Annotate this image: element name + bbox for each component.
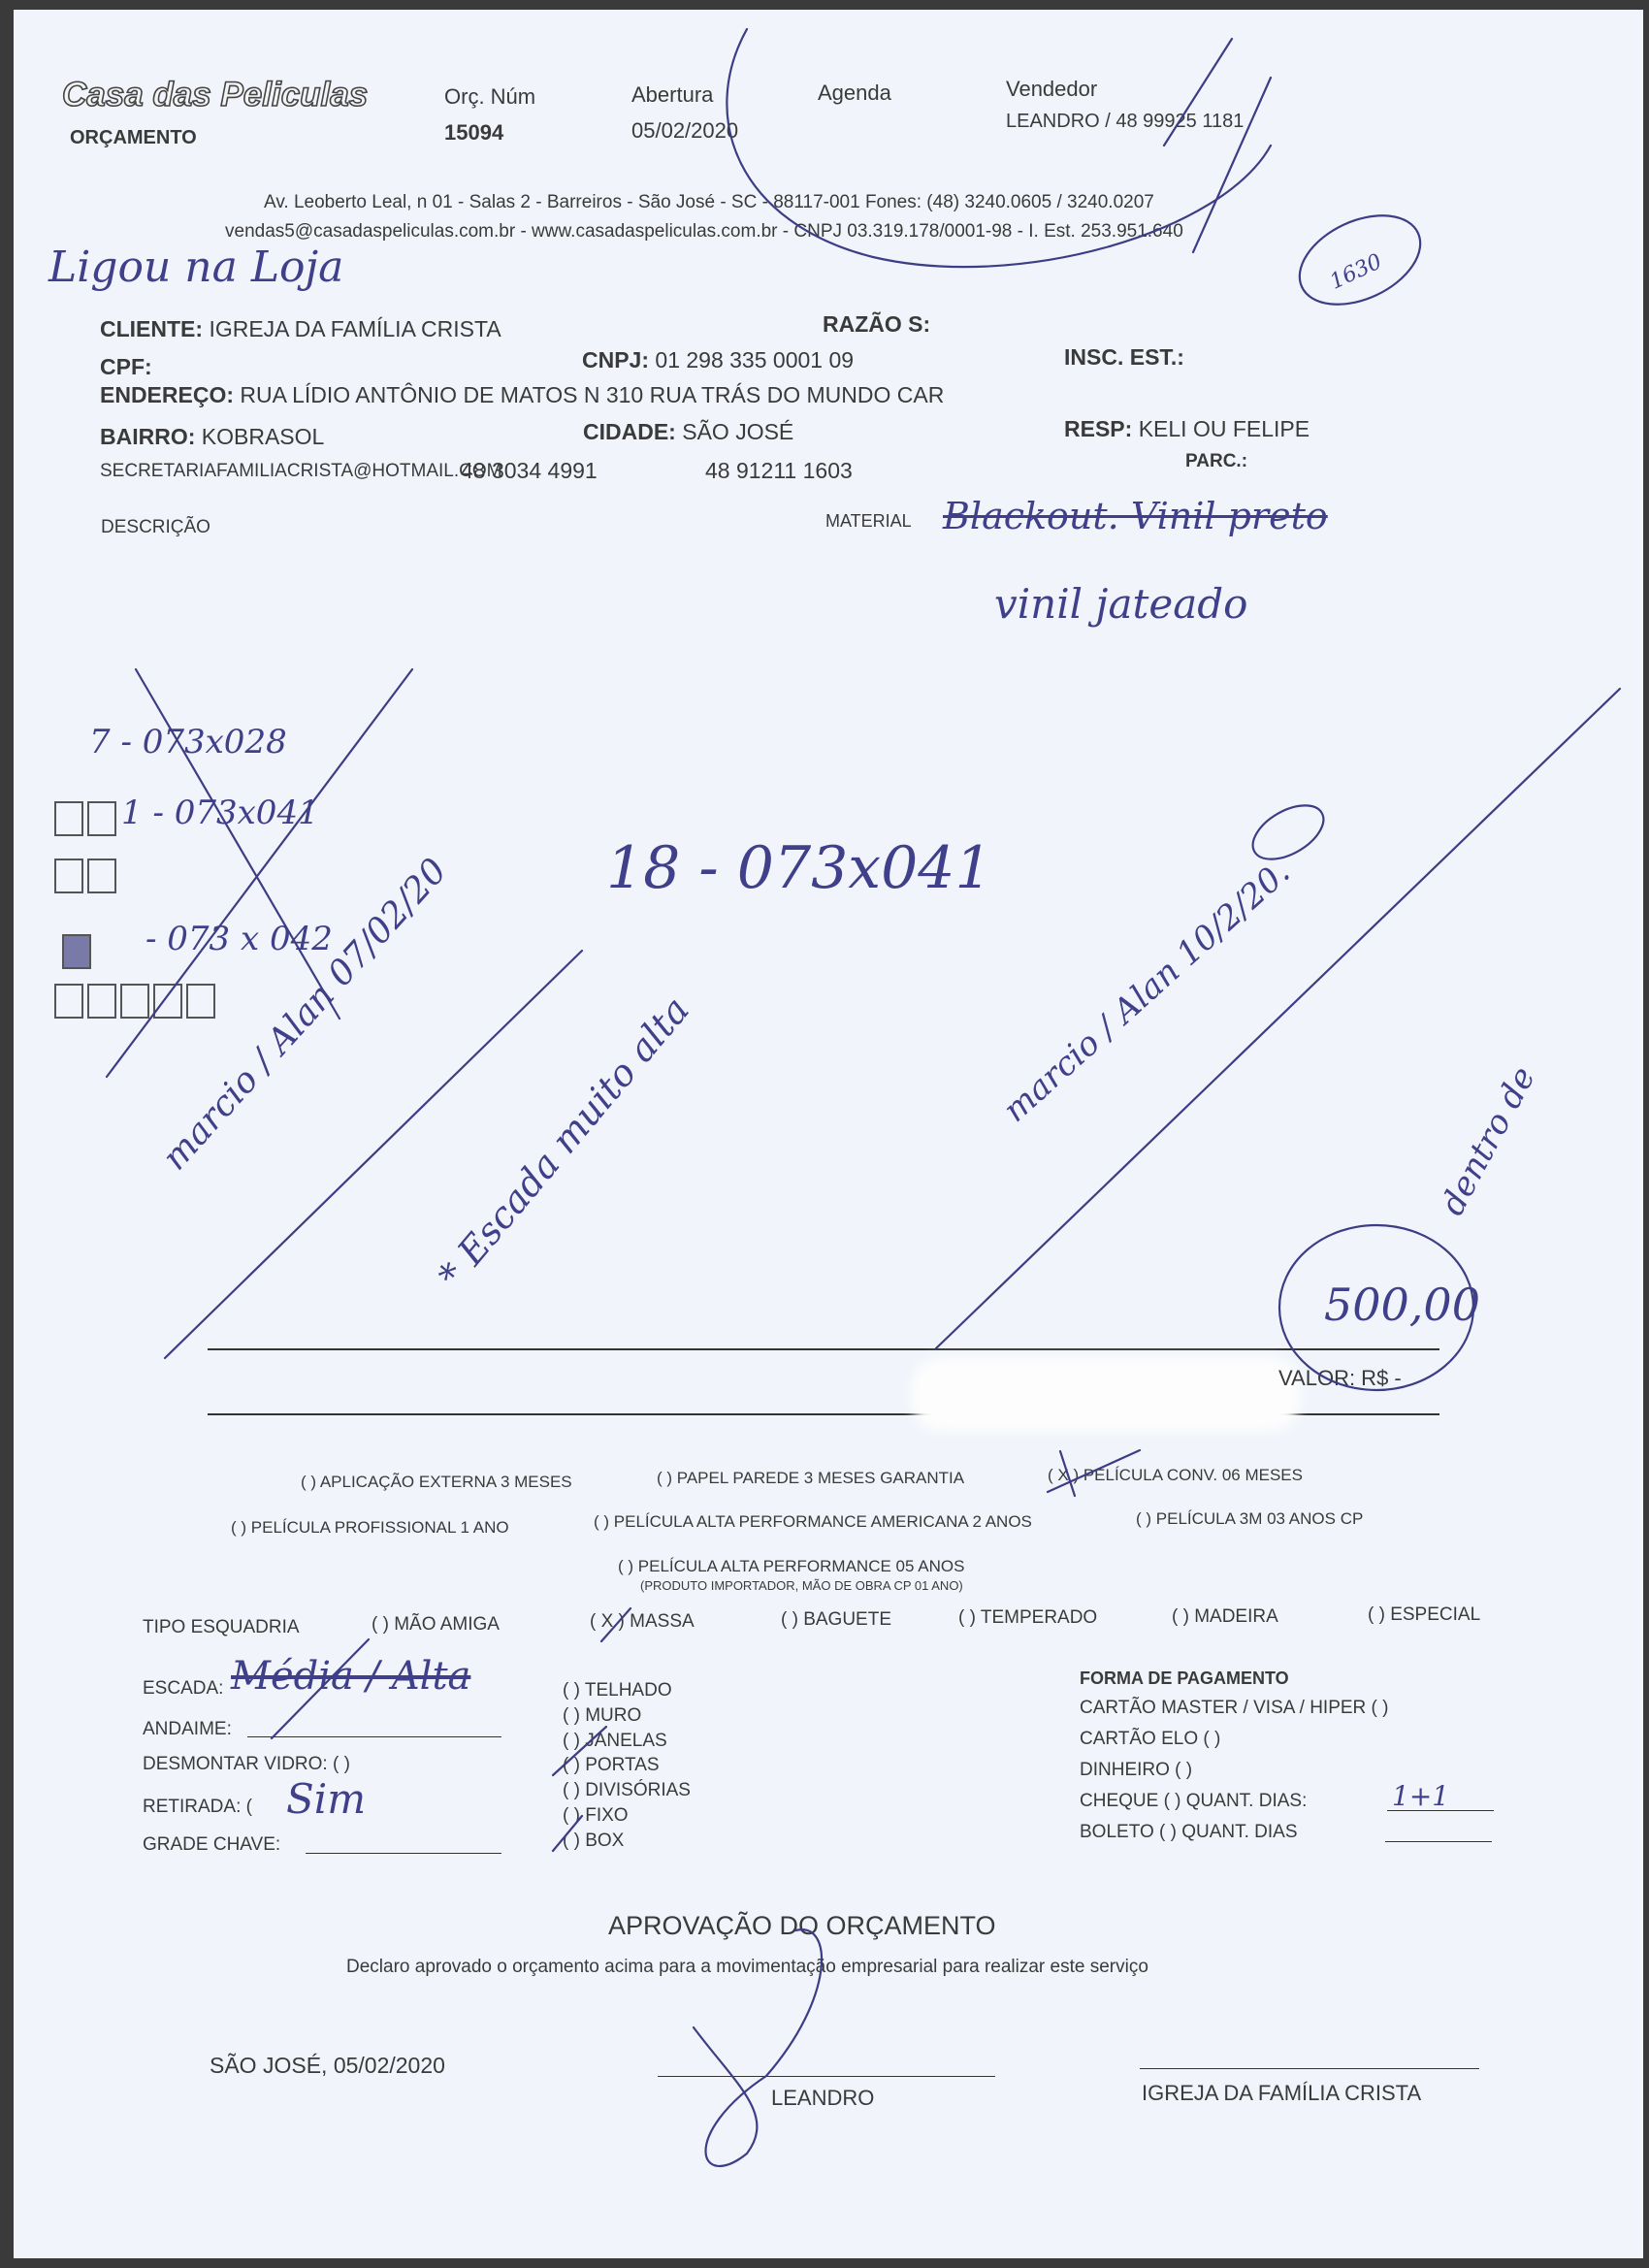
pagamento-title: FORMA DE PAGAMENTO — [1080, 1669, 1289, 1689]
esquadria-madeira[interactable]: ( ) MADEIRA — [1172, 1606, 1278, 1628]
option-pelicula-3m[interactable]: ( ) PELÍCULA 3M 03 ANOS CP — [1136, 1509, 1363, 1529]
option-aplicacao-externa[interactable]: ( ) APLICAÇÃO EXTERNA 3 MESES — [301, 1473, 572, 1492]
note-item-3: - 073 x 042 — [145, 920, 333, 958]
cheque-dias-line — [1387, 1810, 1494, 1811]
abertura-label: Abertura — [631, 82, 713, 108]
option-pelicula-alta-performance[interactable]: ( ) PELÍCULA ALTA PERFORMANCE 05 ANOS — [618, 1557, 964, 1576]
tally-boxes-4 — [54, 984, 219, 1019]
insc-est-label: INSC. EST.: — [1064, 344, 1184, 371]
bairro-field: BAIRRO: KOBRASOL — [100, 424, 324, 450]
grade-chave-line — [306, 1853, 501, 1854]
redacted-area — [912, 1358, 1300, 1431]
endereco-label: ENDEREÇO: — [100, 382, 234, 407]
local-portas[interactable]: ( ) PORTAS — [563, 1755, 660, 1776]
local-fixo[interactable]: ( ) FIXO — [563, 1805, 629, 1827]
grade-chave-label: GRADE CHAVE: — [143, 1834, 280, 1856]
andaime-label: ANDAIME: — [143, 1719, 232, 1740]
pagamento-cartao-master[interactable]: CARTÃO MASTER / VISA / HIPER ( ) — [1080, 1698, 1388, 1719]
escada-handwritten: Média / Alta — [231, 1654, 470, 1699]
pagamento-boleto[interactable]: BOLETO ( ) QUANT. DIAS — [1080, 1822, 1298, 1843]
vendedor-value: LEANDRO / 48 99925 1181 — [1006, 111, 1244, 133]
company-contact: vendas5@casadaspeliculas.com.br - www.ca… — [225, 221, 1183, 243]
client-signature-line[interactable] — [1140, 2068, 1479, 2069]
client-phone-2: 48 91211 1603 — [705, 458, 853, 484]
tally-boxes-1 — [54, 801, 120, 836]
resp-label: RESP: — [1064, 416, 1132, 441]
client-signature-name: IGREJA DA FAMÍLIA CRISTA — [1142, 2081, 1421, 2106]
esquadria-temperado[interactable]: ( ) TEMPERADO — [958, 1607, 1097, 1629]
note-main-item: 18 - 073x041 — [606, 834, 992, 902]
andaime-line — [247, 1736, 501, 1737]
retirada-field[interactable]: RETIRADA: ( — [143, 1797, 252, 1818]
bairro-value: KOBRASOL — [202, 424, 325, 449]
option-pelicula-profissional[interactable]: ( ) PELÍCULA PROFISSIONAL 1 ANO — [231, 1518, 509, 1538]
company-logo: Casa das Peliculas — [62, 76, 368, 114]
note-ligou-na-loja: Ligou na Loja — [48, 243, 343, 292]
pagamento-cartao-elo[interactable]: CARTÃO ELO ( ) — [1080, 1729, 1220, 1750]
cnpj-value: 01 298 335 0001 09 — [655, 347, 854, 373]
endereco-field: ENDEREÇO: RUA LÍDIO ANTÔNIO DE MATOS N 3… — [100, 382, 944, 408]
local-muro[interactable]: ( ) MURO — [563, 1705, 641, 1727]
local-divisorias[interactable]: ( ) DIVISÓRIAS — [563, 1780, 691, 1801]
option-pelicula-americana[interactable]: ( ) PELÍCULA ALTA PERFORMANCE AMERICANA … — [594, 1512, 1032, 1532]
esquadria-mao-amiga[interactable]: ( ) MÃO AMIGA — [372, 1614, 500, 1636]
esquadria-label: TIPO ESQUADRIA — [143, 1617, 300, 1638]
seller-signature-line — [658, 2076, 995, 2077]
cliente-field: CLIENTE: IGREJA DA FAMÍLIA CRISTA — [100, 316, 501, 342]
note-valor: 500,00 — [1324, 1279, 1480, 1331]
client-phone-1: 48 3034 4991 — [461, 458, 598, 484]
local-box[interactable]: ( ) BOX — [563, 1831, 624, 1852]
esquadria-massa[interactable]: ( X ) MASSA — [590, 1611, 695, 1633]
endereco-value: RUA LÍDIO ANTÔNIO DE MATOS N 310 RUA TRÁ… — [240, 382, 944, 407]
resp-value: KELI OU FELIPE — [1139, 416, 1309, 441]
cpf-label: CPF: — [100, 354, 152, 380]
document-type: ORÇAMENTO — [70, 127, 197, 149]
agenda-label: Agenda — [818, 81, 891, 106]
material-new-note: vinil jateado — [994, 580, 1247, 628]
aprovacao-place-date: SÃO JOSÉ, 05/02/2020 — [210, 2053, 445, 2079]
material-struck-note: Blackout. Vinil preto — [943, 495, 1328, 537]
esquadria-especial[interactable]: ( ) ESPECIAL — [1368, 1604, 1480, 1626]
pagamento-dinheiro[interactable]: DINHEIRO ( ) — [1080, 1760, 1192, 1781]
escada-label: ESCADA: — [143, 1678, 223, 1700]
cliente-label: CLIENTE: — [100, 316, 203, 341]
retirada-handwritten: Sim — [286, 1775, 366, 1823]
aprovacao-title: APROVAÇÃO DO ORÇAMENTO — [608, 1911, 996, 1941]
option-pelicula-conv[interactable]: ( X ) PELÍCULA CONV. 06 MESES — [1048, 1466, 1303, 1485]
value-line-1 — [208, 1348, 1439, 1350]
bairro-label: BAIRRO: — [100, 424, 195, 449]
client-email: SECRETARIAFAMILIACRISTA@HOTMAIL.COM — [100, 461, 501, 482]
razao-label: RAZÃO S: — [823, 311, 930, 338]
local-janelas[interactable]: ( ) JANELAS — [563, 1731, 667, 1752]
abertura-date: 05/02/2020 — [631, 118, 738, 144]
seller-signature-name: LEANDRO — [771, 2086, 874, 2111]
aprovacao-text: Declaro aprovado o orçamento acima para … — [346, 1957, 1148, 1978]
parc-label: PARC.: — [1185, 451, 1247, 472]
company-address: Av. Leoberto Leal, n 01 - Salas 2 - Barr… — [264, 192, 1154, 213]
cidade-value: SÃO JOSÉ — [682, 419, 793, 444]
esquadria-baguete[interactable]: ( ) BAGUETE — [781, 1609, 891, 1631]
note-item-1: 7 - 073x028 — [89, 723, 287, 761]
material-label: MATERIAL — [825, 511, 912, 532]
orc-label: Orç. Núm — [444, 84, 535, 110]
tally-boxes-2 — [54, 859, 120, 893]
tally-boxes-3 — [62, 934, 95, 969]
note-item-2: 1 - 073x041 — [121, 794, 319, 832]
valor-label: VALOR: R$ - — [1278, 1366, 1402, 1391]
boleto-dias-line — [1385, 1841, 1492, 1842]
option-alta-performance-note: (PRODUTO IMPORTADOR, MÃO DE OBRA CP 01 A… — [640, 1578, 963, 1593]
cliente-value: IGREJA DA FAMÍLIA CRISTA — [209, 316, 501, 341]
cnpj-label: CNPJ: — [582, 347, 649, 373]
resp-field: RESP: KELI OU FELIPE — [1064, 416, 1309, 442]
option-papel-parede[interactable]: ( ) PAPEL PAREDE 3 MESES GARANTIA — [657, 1469, 964, 1488]
cnpj-field: CNPJ: 01 298 335 0001 09 — [582, 347, 854, 373]
vendedor-label: Vendedor — [1006, 77, 1097, 102]
pagamento-cheque[interactable]: CHEQUE ( ) QUANT. DIAS: — [1080, 1791, 1307, 1812]
local-telhado[interactable]: ( ) TELHADO — [563, 1680, 672, 1701]
cheque-dias-handwritten: 1+1 — [1392, 1780, 1449, 1812]
cidade-label: CIDADE: — [583, 419, 676, 444]
desmontar-vidro-field[interactable]: DESMONTAR VIDRO: ( ) — [143, 1754, 350, 1775]
cidade-field: CIDADE: SÃO JOSÉ — [583, 419, 793, 445]
descricao-label: DESCRIÇÃO — [101, 517, 210, 538]
orc-number: 15094 — [444, 120, 503, 146]
